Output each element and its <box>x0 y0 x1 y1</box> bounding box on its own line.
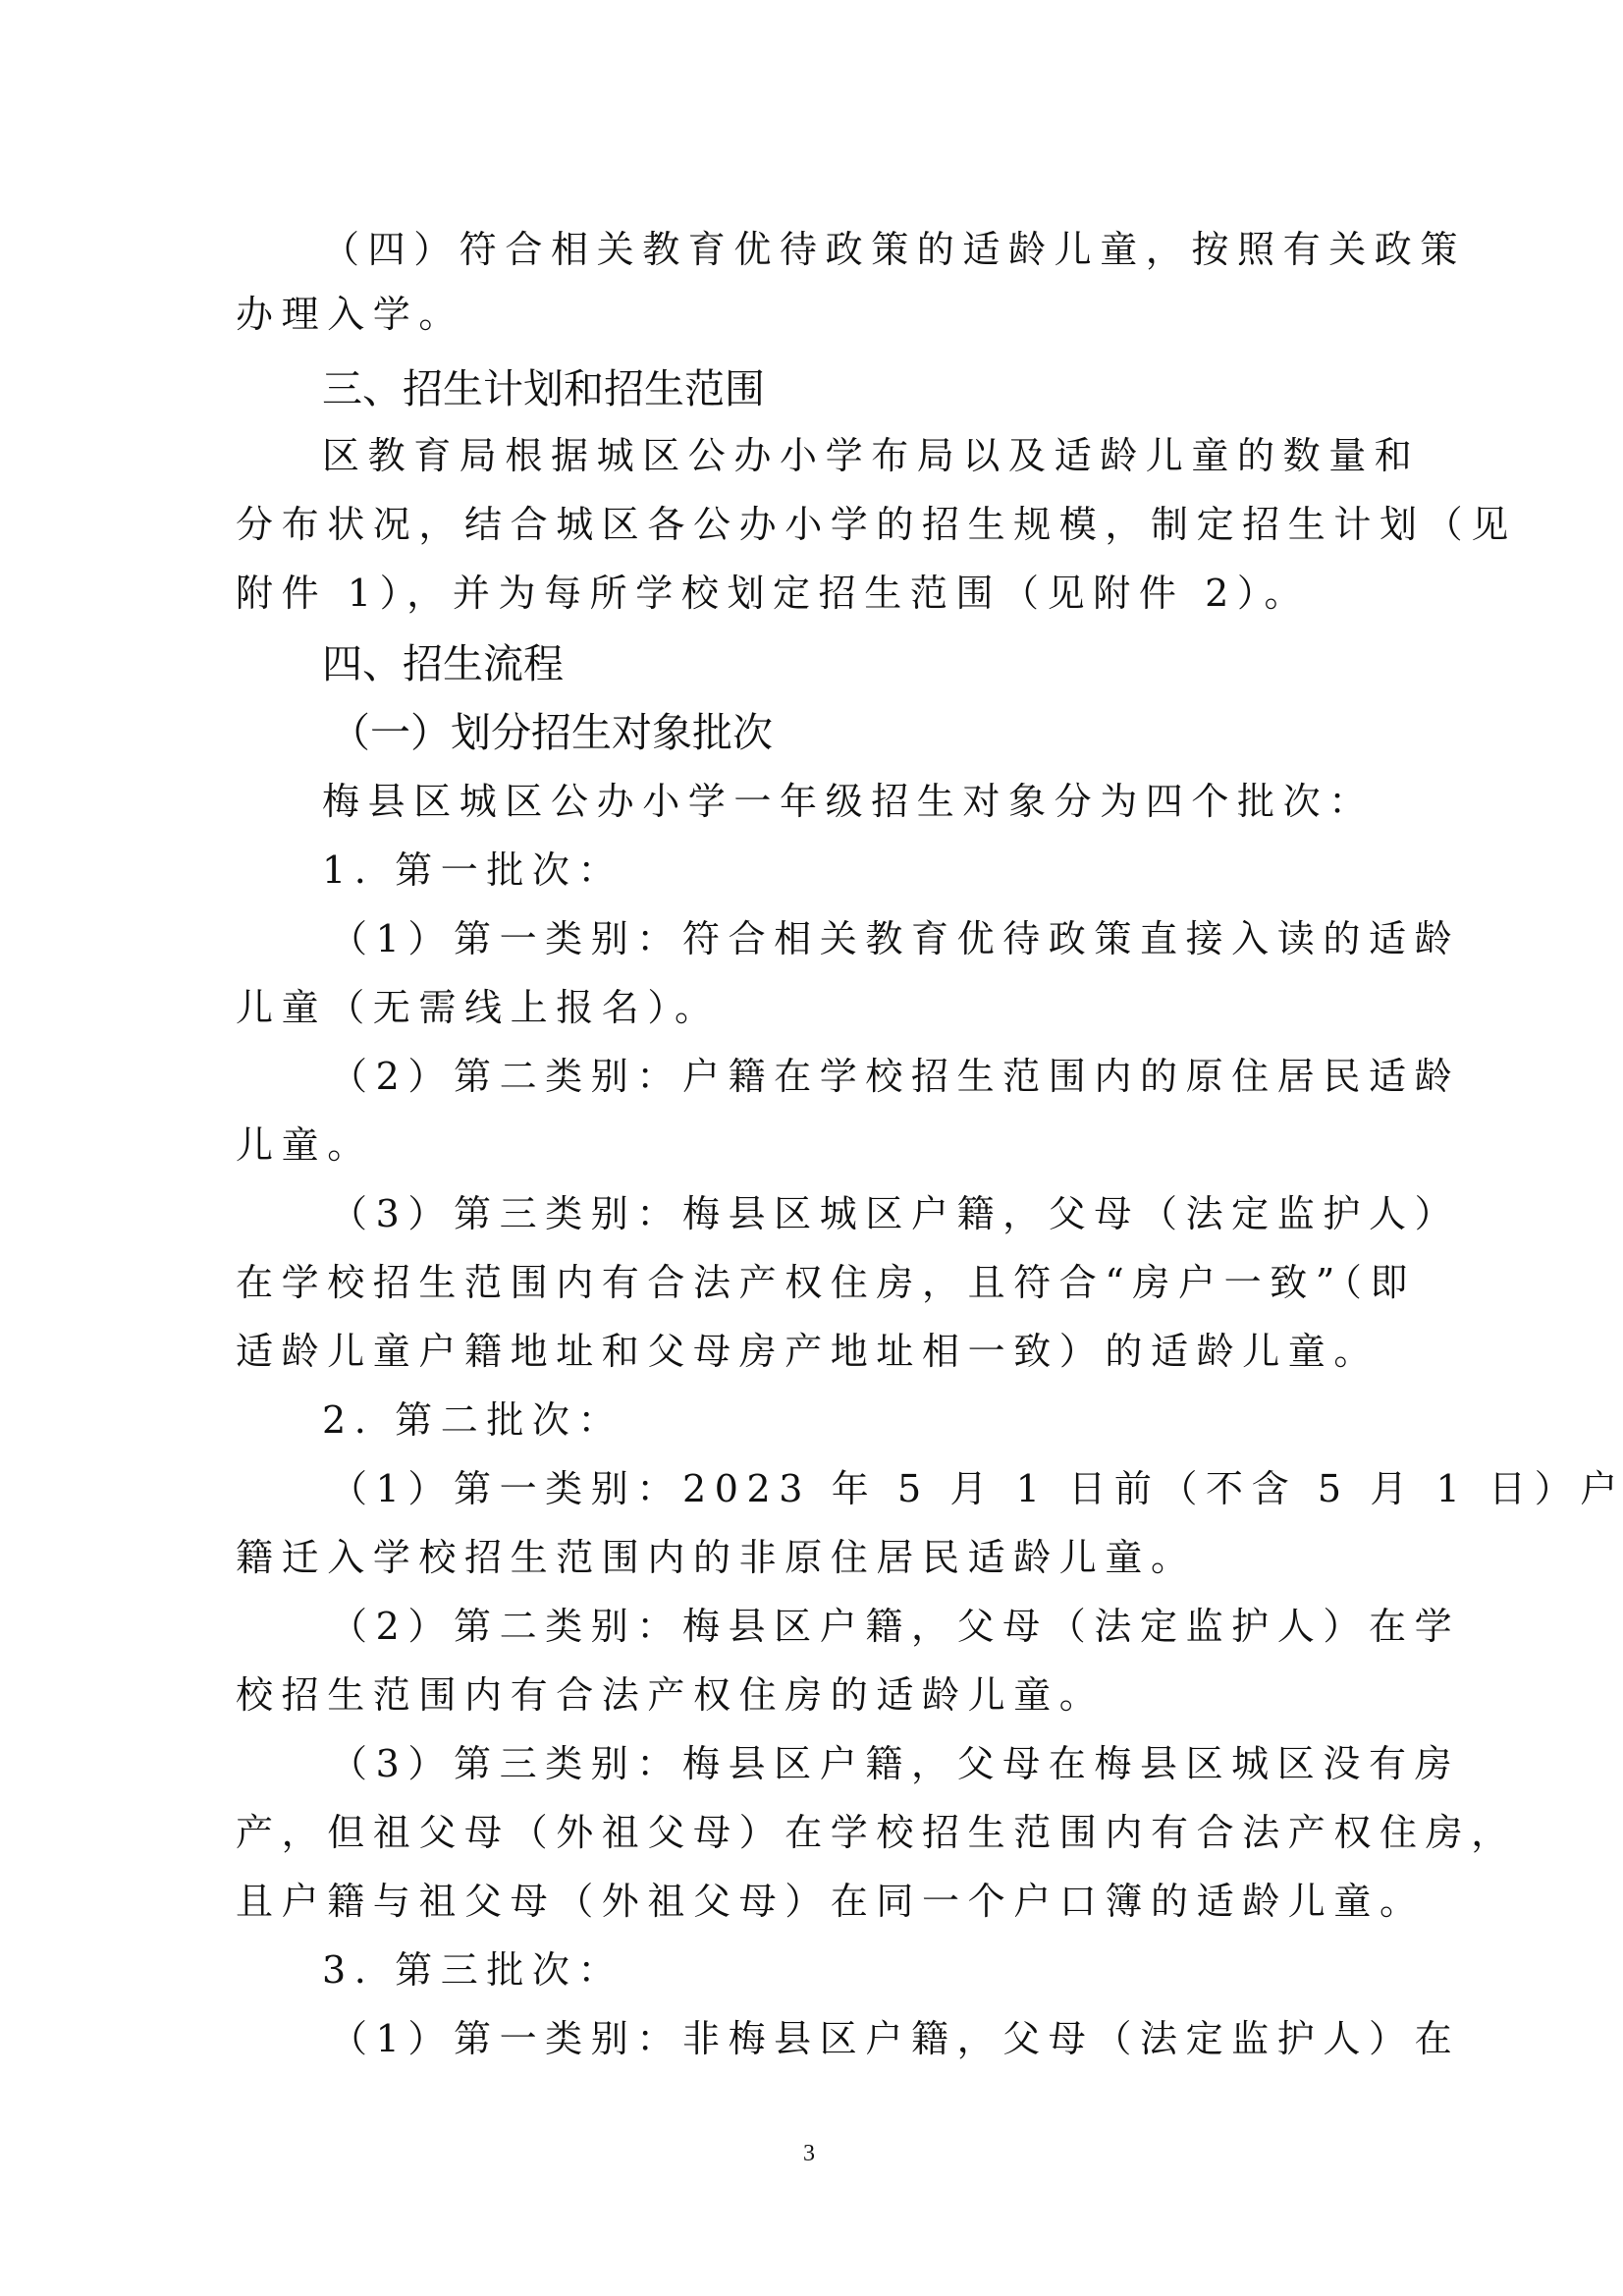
page-number: 3 <box>803 2141 815 2167</box>
list-item-line: 儿童。 <box>236 1123 373 1167</box>
list-item-line: 籍迁入学校招生范围内的非原住居民适龄儿童。 <box>236 1536 1197 1579</box>
paragraph-line: 办理入学。 <box>236 293 464 336</box>
paragraph-line: 附件 1），并为每所学校划定招生范围（见附件 2）。 <box>236 572 1310 615</box>
list-heading: 2. 第二批次： <box>322 1398 623 1442</box>
paragraph-line: 分布状况，结合城区各公办小学的招生规模，制定招生计划（见 <box>236 503 1517 546</box>
list-item-line: （1）第一类别：2023 年 5 月 1 日前（不含 5 月 1 日）户 <box>330 1467 1623 1510</box>
list-item-line: （1）第一类别：非梅县区户籍，父母（法定监护人）在 <box>330 2017 1460 2060</box>
list-item-line: 且户籍与祖父母（外祖父母）在同一个户口簿的适龄儿童。 <box>236 1880 1426 1923</box>
list-item-line: 适龄儿童户籍地址和父母房产地址相一致）的适龄儿童。 <box>236 1330 1380 1373</box>
list-item-line: 儿童（无需线上报名）。 <box>236 986 721 1029</box>
paragraph-line: （四）符合相关教育优待政策的适龄儿童，按照有关政策 <box>322 228 1466 271</box>
list-item-line: （1）第一类别：符合相关教育优待政策直接入读的适龄 <box>330 917 1460 960</box>
list-item-line: 校招生范围内有合法产权住房的适龄儿童。 <box>236 1673 1105 1717</box>
subsection-heading: （一）划分招生对象批次 <box>330 711 773 754</box>
list-heading: 1. 第一批次： <box>322 848 623 892</box>
paragraph-line: 梅县区城区公办小学一年级招生对象分为四个批次： <box>322 780 1375 823</box>
list-heading: 3. 第三批次： <box>322 1948 623 1992</box>
section-heading: 四、招生流程 <box>322 642 564 685</box>
list-item-line: （3）第三类别：梅县区城区户籍，父母（法定监护人） <box>330 1192 1460 1235</box>
list-item-line: （2）第二类别：梅县区户籍，父母（法定监护人）在学 <box>330 1605 1460 1648</box>
paragraph-line: 区教育局根据城区公办小学布局以及适龄儿童的数量和 <box>322 434 1420 477</box>
list-item-line: 在学校招生范围内有合法产权住房，且符合“房户一致”（即 <box>236 1261 1416 1304</box>
section-heading: 三、招生计划和招生范围 <box>322 367 765 410</box>
list-item-line: 产，但祖父母（外祖父母）在学校招生范围内有合法产权住房， <box>236 1811 1517 1854</box>
list-item-line: （2）第二类别：户籍在学校招生范围内的原住居民适龄 <box>330 1055 1460 1098</box>
list-item-line: （3）第三类别：梅县区户籍，父母在梅县区城区没有房 <box>330 1742 1460 1785</box>
